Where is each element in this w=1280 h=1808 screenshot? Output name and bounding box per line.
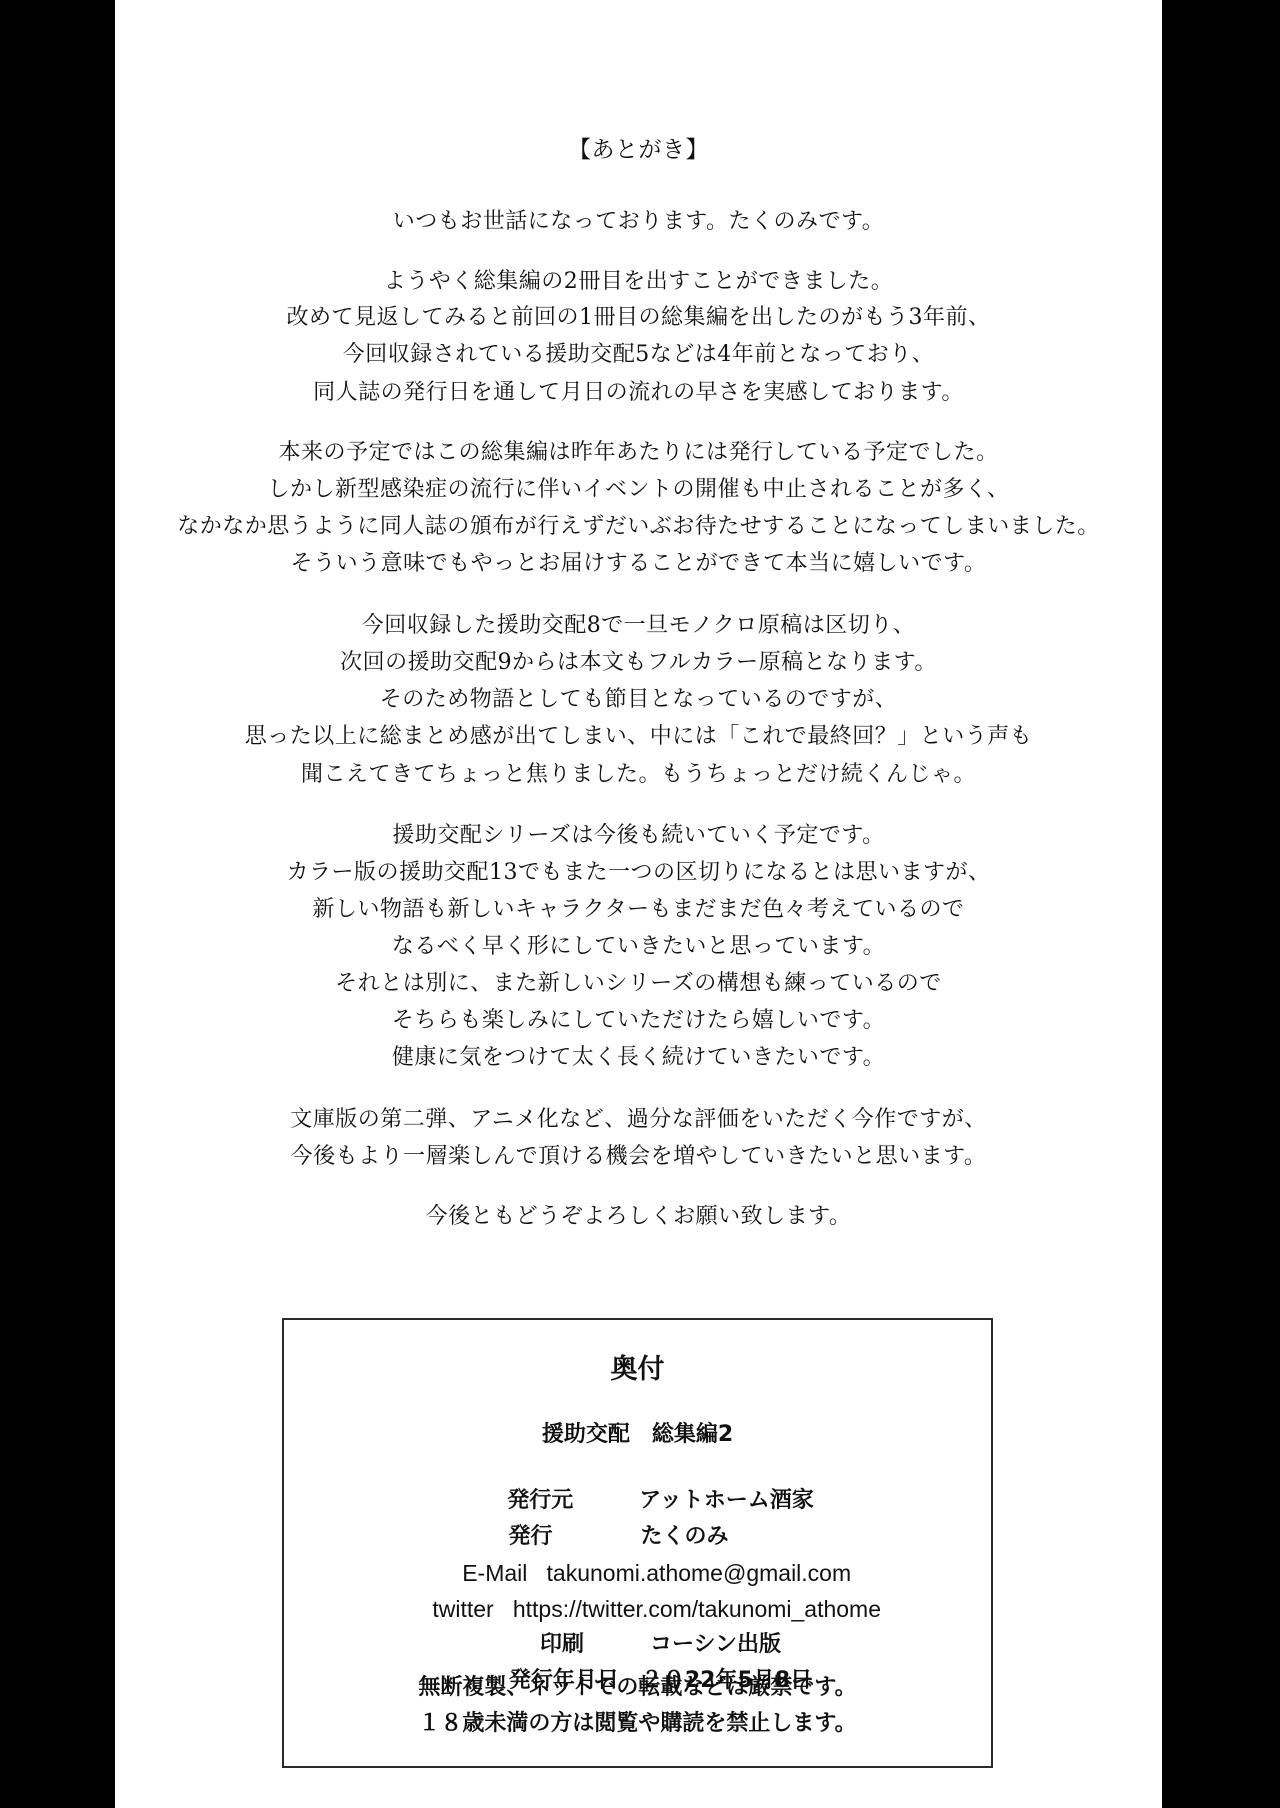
- afterword-line: なるべく早く形にしていきたいと思っています。: [115, 932, 1162, 962]
- afterword-line: 本来の予定ではこの総集編は昨年あたりには発行している予定でした。: [115, 438, 1162, 468]
- colophon-notice-reproduction: 無断複製、ネットでの転載などは厳禁です。: [284, 1673, 991, 1703]
- afterword-line: ようやく総集編の2冊目を出すことができました。: [115, 267, 1162, 297]
- afterword-line: いつもお世話になっております。たくのみです。: [115, 207, 1162, 237]
- afterword-line: 同人誌の発行日を通して月日の流れの早さを実感しております。: [115, 378, 1162, 408]
- afterword-line: 次回の援助交配9からは本文もフルカラー原稿となります。: [115, 648, 1162, 678]
- afterword-line: 改めて見返してみると前回の1冊目の総集編を出したのがもう3年前、: [115, 303, 1162, 333]
- afterword-line: なかなか思うように同人誌の頒布が行えずだいぶお待たせすることになってしまいました…: [115, 512, 1162, 542]
- afterword-title: 【あとがき】: [115, 135, 1162, 165]
- afterword-line: 健康に気をつけて太く長く続けていきたいです。: [115, 1043, 1162, 1073]
- afterword-line: 援助交配シリーズは今後も続いていく予定です。: [115, 821, 1162, 851]
- afterword-line: 思った以上に総まとめ感が出てしまい、中には「これで最終回？」という声も: [115, 722, 1162, 752]
- document-page: 【あとがき】 いつもお世話になっております。たくのみです。 ようやく総集編の2冊…: [115, 0, 1162, 1808]
- afterword-line: 聞こえてきてちょっと焦りました。もうちょっとだけ続くんじゃ。: [115, 760, 1162, 790]
- afterword-line: 今回収録した援助交配8で一旦モノクロ原稿は区切り、: [115, 611, 1162, 641]
- afterword-closing: 今後ともどうぞよろしくお願い致します。: [115, 1202, 1162, 1232]
- colophon-box: 奥付 援助交配 総集編2 発行元 アットホーム酒家 発行 たくのみ E-Mail…: [282, 1318, 993, 1768]
- afterword-line: しかし新型感染症の流行に伴いイベントの開催も中止されることが多く、: [115, 475, 1162, 505]
- afterword-line: 今回収録されている援助交配5などは4年前となっており、: [115, 340, 1162, 370]
- afterword-line: カラー版の援助交配13でもまた一つの区切りになるとは思いますが、: [115, 858, 1162, 888]
- afterword-line: 文庫版の第二弾、アニメ化など、過分な評価をいただく今作ですが、: [115, 1105, 1162, 1135]
- afterword-line: 新しい物語も新しいキャラクターもまだまだ色々考えているので: [115, 895, 1162, 925]
- afterword-line: そちらも楽しみにしていただけたら嬉しいです。: [115, 1006, 1162, 1036]
- colophon-notice-age: １８歳未満の方は閲覧や購読を禁止します。: [284, 1709, 991, 1739]
- afterword-line: そういう意味でもやっとお届けすることができて本当に嬉しいです。: [115, 549, 1162, 579]
- afterword-line: そのため物語としても節目となっているのですが、: [115, 685, 1162, 715]
- afterword-line: それとは別に、また新しいシリーズの構想も練っているので: [115, 969, 1162, 999]
- colophon-book-title: 援助交配 総集編2: [284, 1420, 991, 1450]
- colophon-title: 奥付: [284, 1353, 991, 1387]
- afterword-line: 今後もより一層楽しんで頂ける機会を増やしていきたいと思います。: [115, 1142, 1162, 1172]
